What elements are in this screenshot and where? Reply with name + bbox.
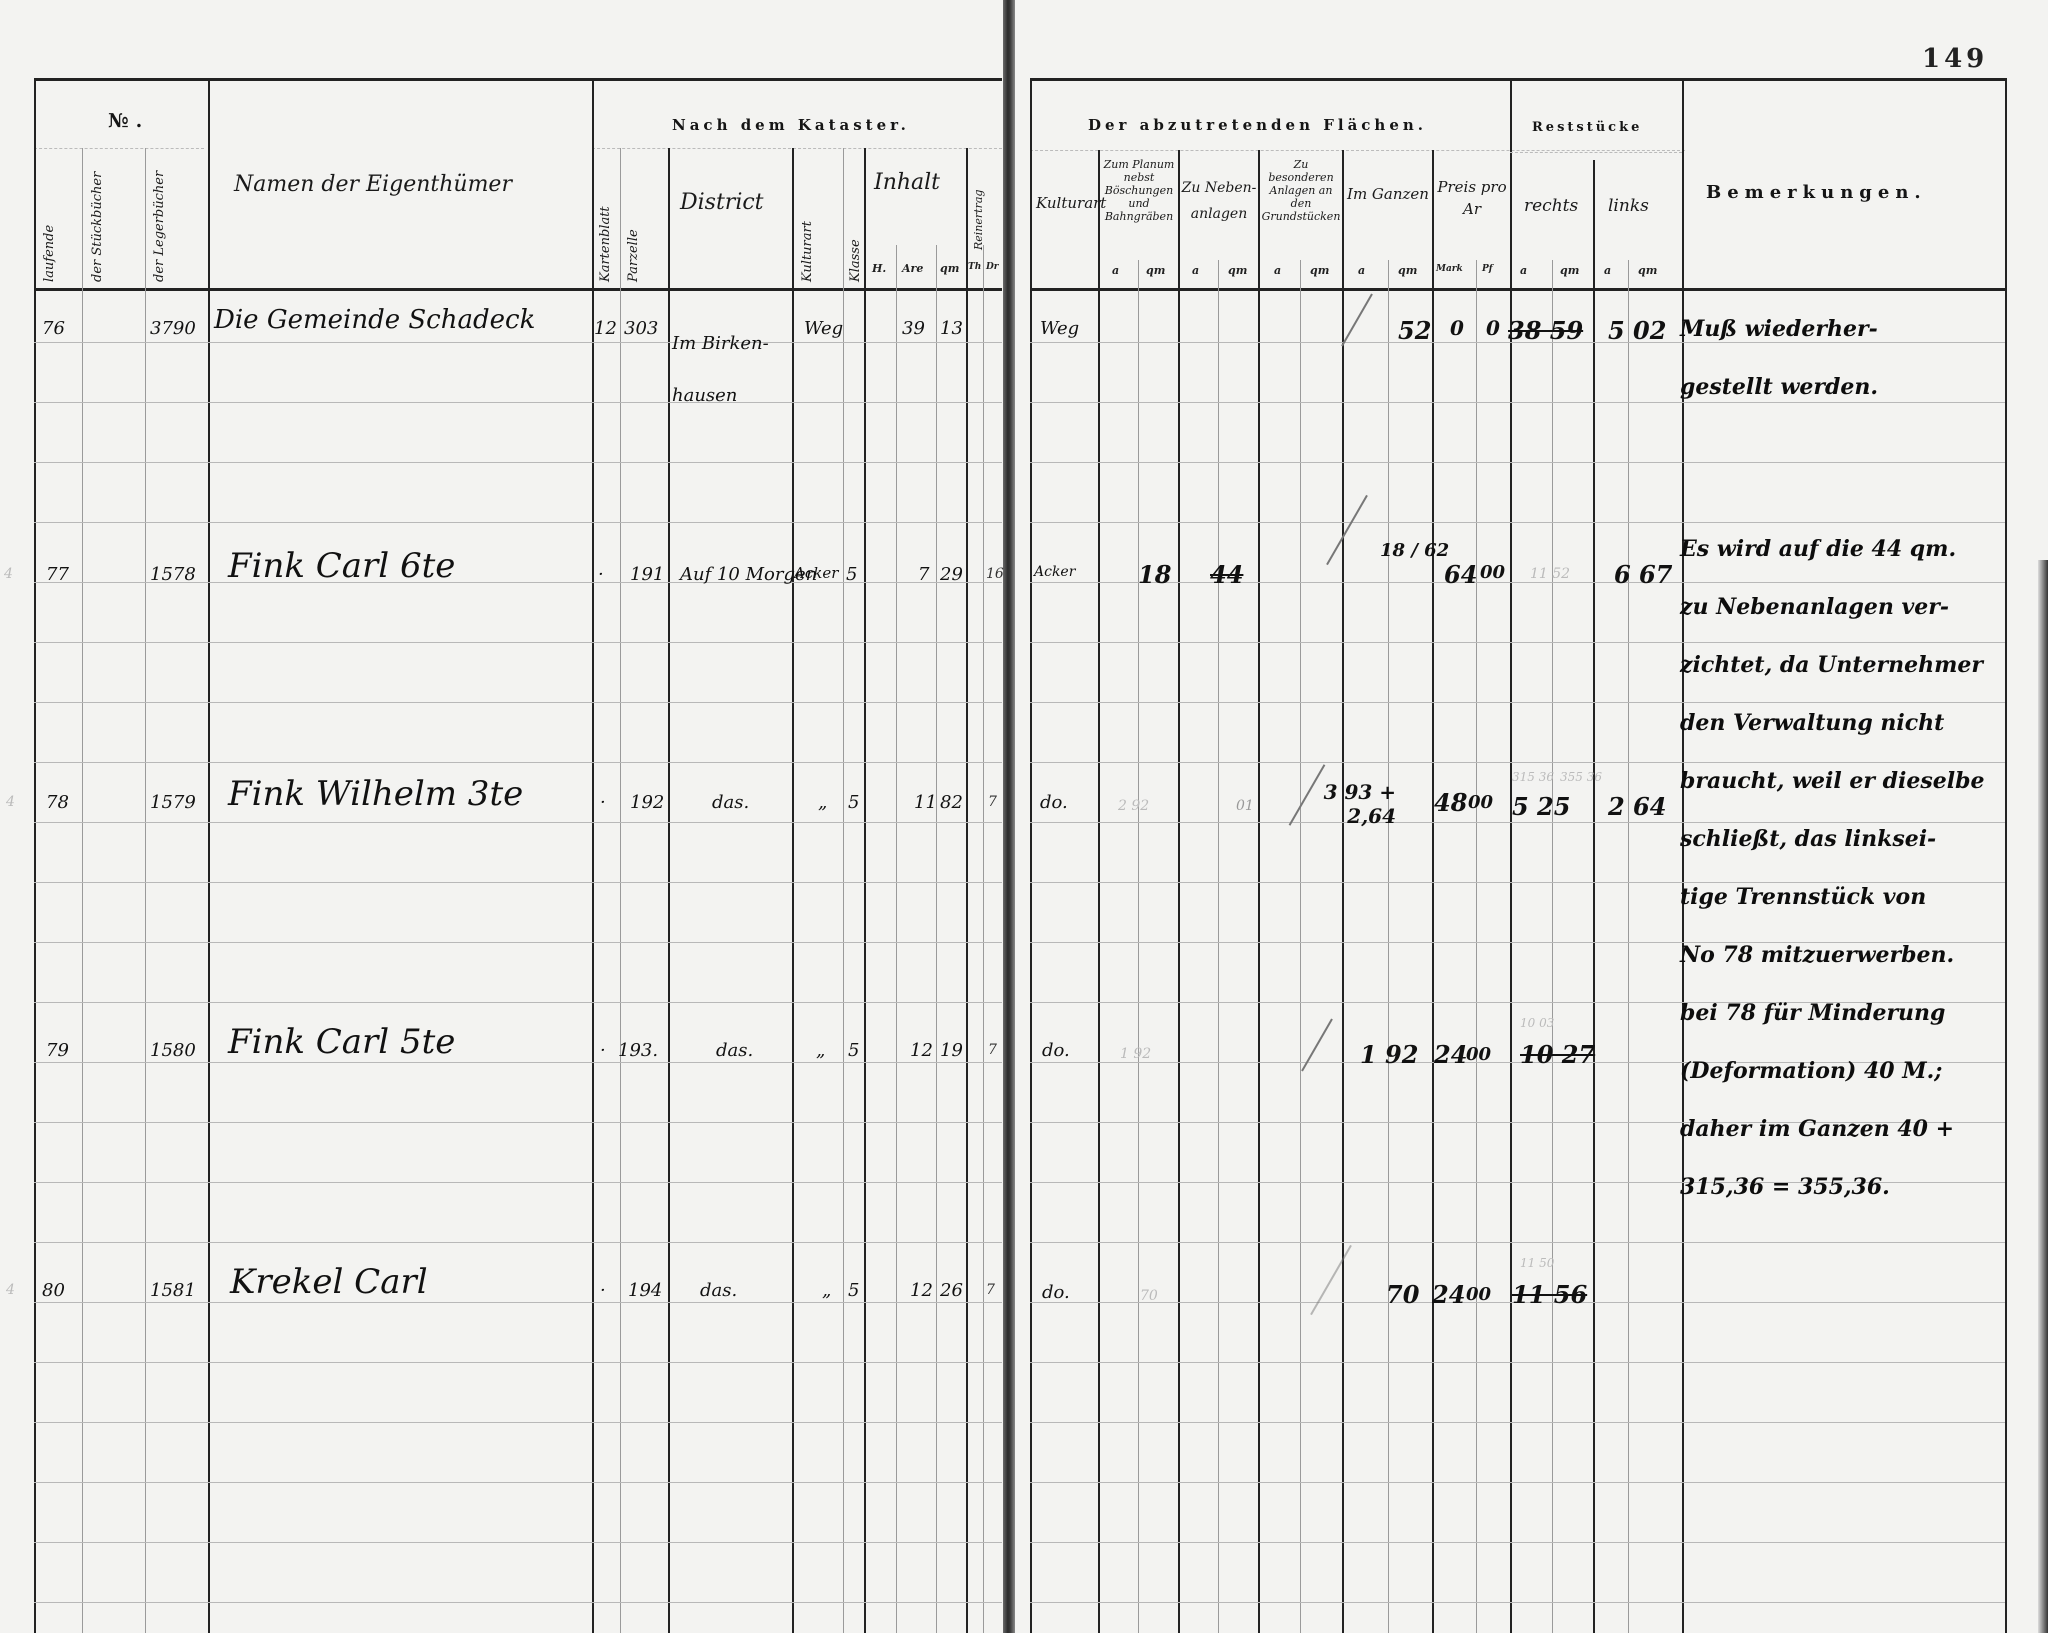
row80-inhalt-are: 12 [910,1280,933,1301]
r-row76-preis-pf: 0 [1486,316,1500,340]
ruled-line [34,342,1002,343]
row77-legerbuch: 1578 [150,564,196,585]
row76-parzelle: 303 [624,318,658,339]
flaechen-group-header: Der abzutretenden Flächen. [1088,116,1427,134]
row78-parzelle: 192 [630,792,664,813]
header-preis: Preis pro Ar [1436,176,1508,220]
col-divider [620,148,621,1633]
remarks-row76: Muß wiederher- gestellt werden. [1680,300,2020,416]
r-row78-kulturart: do. [1040,792,1068,813]
unit-qm: qm [1560,264,1579,277]
row77-parzelle: 191 [630,564,664,585]
col-divider [936,245,937,1633]
cadastre-group-divider [592,148,1002,149]
col-divider [1178,150,1180,1633]
r-row78-bahn-a: 2 92 [1118,798,1149,814]
col-divider [864,148,866,1633]
row80-reinertrag: 7 [986,1282,995,1298]
row78-kulturart: „ [818,792,827,813]
left-outer-border [34,78,36,1633]
r-row80-preis-mark: 24 [1432,1280,1465,1309]
ruled-line [34,822,1002,823]
r-row79-ganzen: 1 92 [1360,1040,1418,1069]
r-row79-rechts: 10 27 [1520,1040,1595,1069]
r-row78-preis-mark: 48 [1434,788,1467,817]
r-row80-preis-pf: 00 [1466,1284,1491,1305]
header-district: District [680,190,764,215]
header-inhalt: Inhalt [874,170,940,195]
ruled-line [1030,1542,2005,1543]
row76-owner-name: Die Gemeinde Schadeck [214,305,535,335]
col-divider [1432,150,1434,1633]
row80-klasse: 5 [848,1280,859,1301]
row76-kartenblatt: 12 [594,318,617,339]
ruled-line [34,882,1002,883]
remark-line: zichtet, da Unternehmer [1680,636,2020,694]
row78-inhalt-are: 11 [914,792,937,813]
col-divider [1388,260,1389,1633]
header-rechts: rechts [1524,196,1578,216]
table-top-border-left [34,78,1002,81]
unit-groschen: Dr [986,262,999,272]
remark-line: tige Trennstück von [1680,868,2020,926]
reststuecke-group-header: Reststücke [1532,120,1642,135]
col-divider [1258,150,1260,1633]
remark-line: No 78 mitzuerwerben. [1680,926,2020,984]
col-divider [1510,78,1512,1633]
r-row77-kulturart: Acker [1034,564,1075,580]
right-outer-border [1030,78,1032,1633]
r-row79-kulturart: do. [1042,1040,1070,1061]
remark-line: bei 78 für Minderung [1680,984,2020,1042]
r-row79-preis-mark: 24 [1434,1040,1467,1069]
remark-line: den Verwaltung nicht [1680,694,2020,752]
page-number: 149 [1922,44,1988,74]
r-row76-kulturart: Weg [1040,318,1079,339]
r-row77-preis-mark: 64 [1444,560,1477,589]
r-row80-ganzen: 70 [1386,1280,1419,1309]
cadastre-group-header: Nach dem Kataster. [672,116,910,134]
ruled-line [1030,462,2005,463]
header-kartenblatt: Kartenblatt [598,206,613,282]
header-r-kulturart: Kulturart [1036,190,1096,216]
unit-a: a [1112,264,1119,277]
r-row77-preis-pf: 00 [1480,562,1505,583]
row76-district: Im Birken- hausen [672,318,788,422]
remark-line: (Deformation) 40 M.; [1680,1042,2020,1100]
header-klasse: Klasse [848,239,863,282]
r-row78-neben-a: 01 [1236,798,1254,814]
row79-parzelle: 193. [618,1040,658,1061]
ruled-line [34,1182,1002,1183]
flaechen-group-divider [1030,150,1685,151]
unit-a: a [1192,264,1199,277]
remark-line: Es wird auf die 44 qm. [1680,520,2020,578]
r-row80-kulturart: do. [1042,1282,1070,1303]
unit-hectare: H. [872,262,886,275]
row79-kartenblatt: · [600,1040,606,1061]
r-row78-rechts: 5 25 [1512,792,1570,821]
r-row79-rechts-note: 10 03 [1520,1016,1554,1030]
ruled-line [1030,1362,2005,1363]
header-parzelle: Parzelle [626,229,641,282]
row78-margin-note: 4 [6,794,15,810]
number-group-header: №. [108,110,149,132]
header-bahn: Zum Planum nebst Böschungen und Bahngräb… [1100,158,1178,223]
row77-klasse: 5 [846,564,857,585]
ruled-line [1030,1602,2005,1603]
unit-qm: qm [1310,264,1329,277]
remark-line: gestellt werden. [1680,358,2020,416]
header-links: links [1608,196,1649,216]
number-group-divider [34,148,204,149]
header-laufende: laufende [42,225,57,282]
row78-laufende: 78 [46,792,69,813]
reststuecke-divider [1510,152,1682,153]
header-entwaesserung: Zu besonderen Anlagen an den Grundstücke… [1260,158,1342,223]
row80-legerbuch: 1581 [150,1280,196,1301]
col-divider [792,148,794,1633]
r-row80-rechts: 11 56 [1512,1280,1587,1309]
ruled-line [34,522,1002,523]
row77-kartenblatt: · [598,564,604,585]
row80-district: das. [700,1280,737,1301]
row76-laufende: 76 [42,318,65,339]
header-reinertrag: Reinertrag [972,190,985,250]
ruled-line [34,1002,1002,1003]
col-divider [983,245,984,1633]
row78-owner-name: Fink Wilhelm 3te [228,774,523,814]
row77-owner-name: Fink Carl 6te [228,546,455,586]
remark-line: zu Nebenanlagen ver- [1680,578,2020,636]
row80-laufende: 80 [42,1280,65,1301]
r-row78-rechts-note: 315 36 [1512,770,1554,784]
row79-laufende: 79 [46,1040,69,1061]
row78-district: das. [712,792,749,813]
row78-reinertrag: 7 [988,794,997,810]
ruled-line [1030,1482,2005,1483]
r-row78-preis-pf: 00 [1468,792,1493,813]
col-divider [208,78,210,1633]
row77-reinertrag: 16 [986,566,1004,582]
col-divider [1342,150,1344,1633]
row77-laufende: 77 [46,564,69,585]
unit-are: Are [902,262,923,275]
ruled-line [34,1362,1002,1363]
remarks-header: Bemerkungen. [1706,182,1927,203]
header-nebenanlagen: Zu Neben- anlagen [1180,175,1258,227]
row80-margin-note: 4 [6,1282,15,1298]
row80-parzelle: 194 [628,1280,662,1301]
page-edge-shadow [2038,560,2048,1633]
unit-a: a [1274,264,1281,277]
unit-a: a [1520,264,1527,277]
r-row76-preis-mark: 0 [1450,316,1464,340]
col-divider [843,148,844,1633]
row76-inhalt-qm: 13 [940,318,963,339]
book-gutter [1003,0,1015,1633]
col-divider [896,245,897,1633]
remark-line: Muß wiederher- [1680,300,2020,358]
unit-thaler: Th [968,262,981,272]
col-divider [1476,260,1477,1633]
unit-qm: qm [1638,264,1657,277]
unit-a: a [1358,264,1365,277]
ruled-line [34,1602,1002,1603]
r-row78-ganzen: 3 93 + 2,64 [1316,780,1396,828]
col-divider [1628,260,1629,1633]
ruled-line [34,402,1002,403]
col-divider [966,148,968,1633]
remarks-row77-78: Es wird auf die 44 qm. zu Nebenanlagen v… [1680,520,2020,1216]
ruled-line [34,942,1002,943]
row79-legerbuch: 1580 [150,1040,196,1061]
unit-qm: qm [1398,264,1417,277]
row78-legerbuch: 1579 [150,792,196,813]
row76-kulturart: Weg [804,318,843,339]
col-divider [145,148,146,1633]
header-stueckbuecher: der Stückbücher [90,172,105,282]
row80-kartenblatt: · [600,1280,606,1301]
remark-line: braucht, weil er dieselbe [1680,752,2020,810]
ruled-line [34,1422,1002,1423]
r-row79-bahn-a: 1 92 [1120,1046,1151,1062]
row77-kulturart: Acker [794,564,838,582]
header-bottom-border-right [1030,288,2005,291]
row79-kulturart: „ [816,1040,825,1061]
unit-qm: qm [1146,264,1165,277]
row80-owner-name: Krekel Carl [230,1262,428,1302]
ruled-line [1030,1242,2005,1243]
r-row77-rechts: 11 52 [1530,566,1570,582]
header-legerbuecher: der Legerbücher [152,171,167,282]
unit-qm: qm [1228,264,1247,277]
row79-owner-name: Fink Carl 5te [228,1022,455,1062]
col-divider [1218,260,1219,1633]
r-row80-rechts-note: 11 50 [1520,1256,1554,1270]
table-top-border-right [1030,78,2005,81]
ruled-line [34,702,1002,703]
ruled-line [34,1482,1002,1483]
r-row77-neben-a: 44 [1210,560,1243,589]
r-row77-ganzen: 18 / 62 [1380,540,1449,562]
unit-pfennig: Pf [1482,264,1493,274]
r-row78-links: 2 64 [1608,792,1666,821]
r-row76-ganzen: 52 [1398,316,1431,345]
unit-qm: qm [940,262,959,275]
ruled-line [34,642,1002,643]
ruled-line [34,1242,1002,1243]
row79-district: das. [716,1040,753,1061]
row78-kartenblatt: · [600,792,606,813]
row80-inhalt-qm: 26 [940,1280,963,1301]
header-bottom-border-left [34,288,1002,291]
row76-legerbuch: 3790 [150,318,196,339]
ruled-line [1030,1422,2005,1423]
r-row80-bahn-a: 70 [1140,1288,1158,1304]
unit-mark: Mark [1436,264,1463,274]
col-divider [82,148,83,1633]
r-row77-links: 6 67 [1614,560,1672,589]
row79-klasse: 5 [848,1040,859,1061]
header-kulturart: Kulturart [800,221,815,282]
col-divider [1552,260,1553,1633]
ruled-line [34,1542,1002,1543]
row77-margin-note: 4 [4,566,13,582]
col-divider [1138,260,1139,1633]
row77-inhalt-are: 7 [918,564,929,585]
row78-inhalt-qm: 82 [940,792,963,813]
row76-inhalt-are: 39 [902,318,925,339]
ruled-line [34,1062,1002,1063]
row79-reinertrag: 7 [988,1042,997,1058]
ruled-line [34,1122,1002,1123]
r-row76-rechts: 38 59 [1508,316,1583,345]
row79-inhalt-are: 12 [910,1040,933,1061]
remark-line: daher im Ganzen 40 + [1680,1100,2020,1158]
col-divider [668,148,670,1633]
header-owner-names: Namen der Eigenthümer [234,172,512,197]
header-im-ganzen: Im Ganzen [1344,180,1432,208]
row77-inhalt-qm: 29 [940,564,963,585]
ruled-line [34,1302,1002,1303]
col-divider [592,78,594,1633]
r-row77-bahn-a: 18 [1138,560,1171,589]
ruled-line [34,462,1002,463]
row78-klasse: 5 [848,792,859,813]
r-row79-preis-pf: 00 [1466,1044,1491,1065]
remark-line: schließt, das linksei- [1680,810,2020,868]
col-divider [1593,160,1595,1633]
remark-line: 315,36 = 355,36. [1680,1158,2020,1216]
ruled-line [34,762,1002,763]
col-divider [1098,150,1100,1633]
col-divider [1300,260,1301,1633]
r-row78-links-note: 355 36 [1560,770,1602,784]
unit-a: a [1604,264,1611,277]
r-row76-links: 5 02 [1608,316,1666,345]
row80-kulturart: „ [822,1280,831,1301]
row79-inhalt-qm: 19 [940,1040,963,1061]
